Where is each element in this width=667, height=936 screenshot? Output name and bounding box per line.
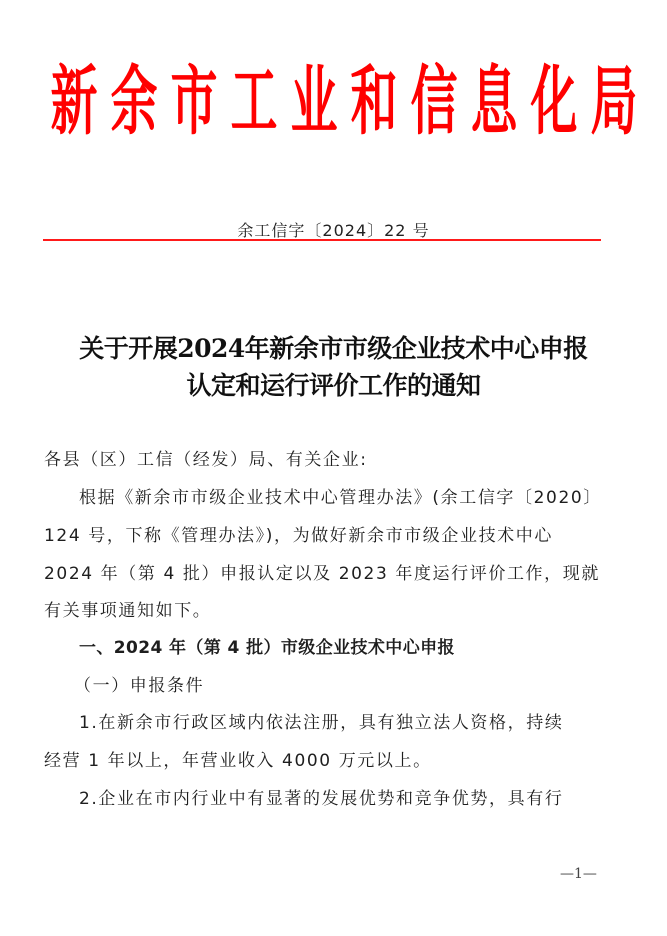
list-item-line: 经营 1 年以上，年营业收入 4000 万元以上。 [44, 749, 432, 773]
masthead-char: 息 [471, 52, 518, 152]
masthead-char: 局 [591, 52, 638, 152]
salutation: 各县（区）工信（经发）局、有关企业: [44, 448, 368, 472]
document-title: 关于开展2024年新余市市级企业技术中心申报 认定和运行评价工作的通知 [0, 330, 667, 404]
masthead-char: 工 [231, 52, 278, 152]
masthead-char: 信 [411, 52, 458, 152]
intro-line: 2024 年（第 4 批）申报认定以及 2023 年度运行评价工作，现就 [44, 562, 600, 586]
masthead-char: 市 [171, 52, 218, 152]
title-line-2: 认定和运行评价工作的通知 [0, 367, 667, 404]
section-heading: 一、2024 年（第 4 批）市级企业技术中心申报 [79, 636, 455, 660]
intro-line: 根据《新余市市级企业技术中心管理办法》(余工信字〔2020〕 [79, 486, 602, 510]
issuing-authority-masthead: 新 余 市 工 业 和 信 息 化 局 [44, 52, 584, 152]
intro-line: 有关事项通知如下。 [44, 599, 211, 623]
list-item-line: 1.在新余市行政区域内依法注册，具有独立法人资格，持续 [79, 711, 563, 735]
list-item-line: 2.企业在市内行业中有显著的发展优势和竞争优势，具有行 [79, 787, 563, 811]
page-number: —1— [560, 866, 597, 882]
masthead-char: 业 [291, 52, 338, 152]
title-line-1: 关于开展2024年新余市市级企业技术中心申报 [0, 330, 667, 367]
subsection-heading: （一）申报条件 [74, 674, 204, 698]
masthead-char: 新 [51, 52, 98, 152]
red-divider-line [43, 239, 601, 241]
masthead-char: 和 [351, 52, 398, 152]
masthead-char: 化 [531, 52, 578, 152]
document-number: 余工信字〔2024〕22 号 [0, 218, 667, 241]
intro-line: 124 号，下称《管理办法》)，为做好新余市市级企业技术中心 [44, 524, 553, 548]
masthead-char: 余 [111, 52, 158, 152]
